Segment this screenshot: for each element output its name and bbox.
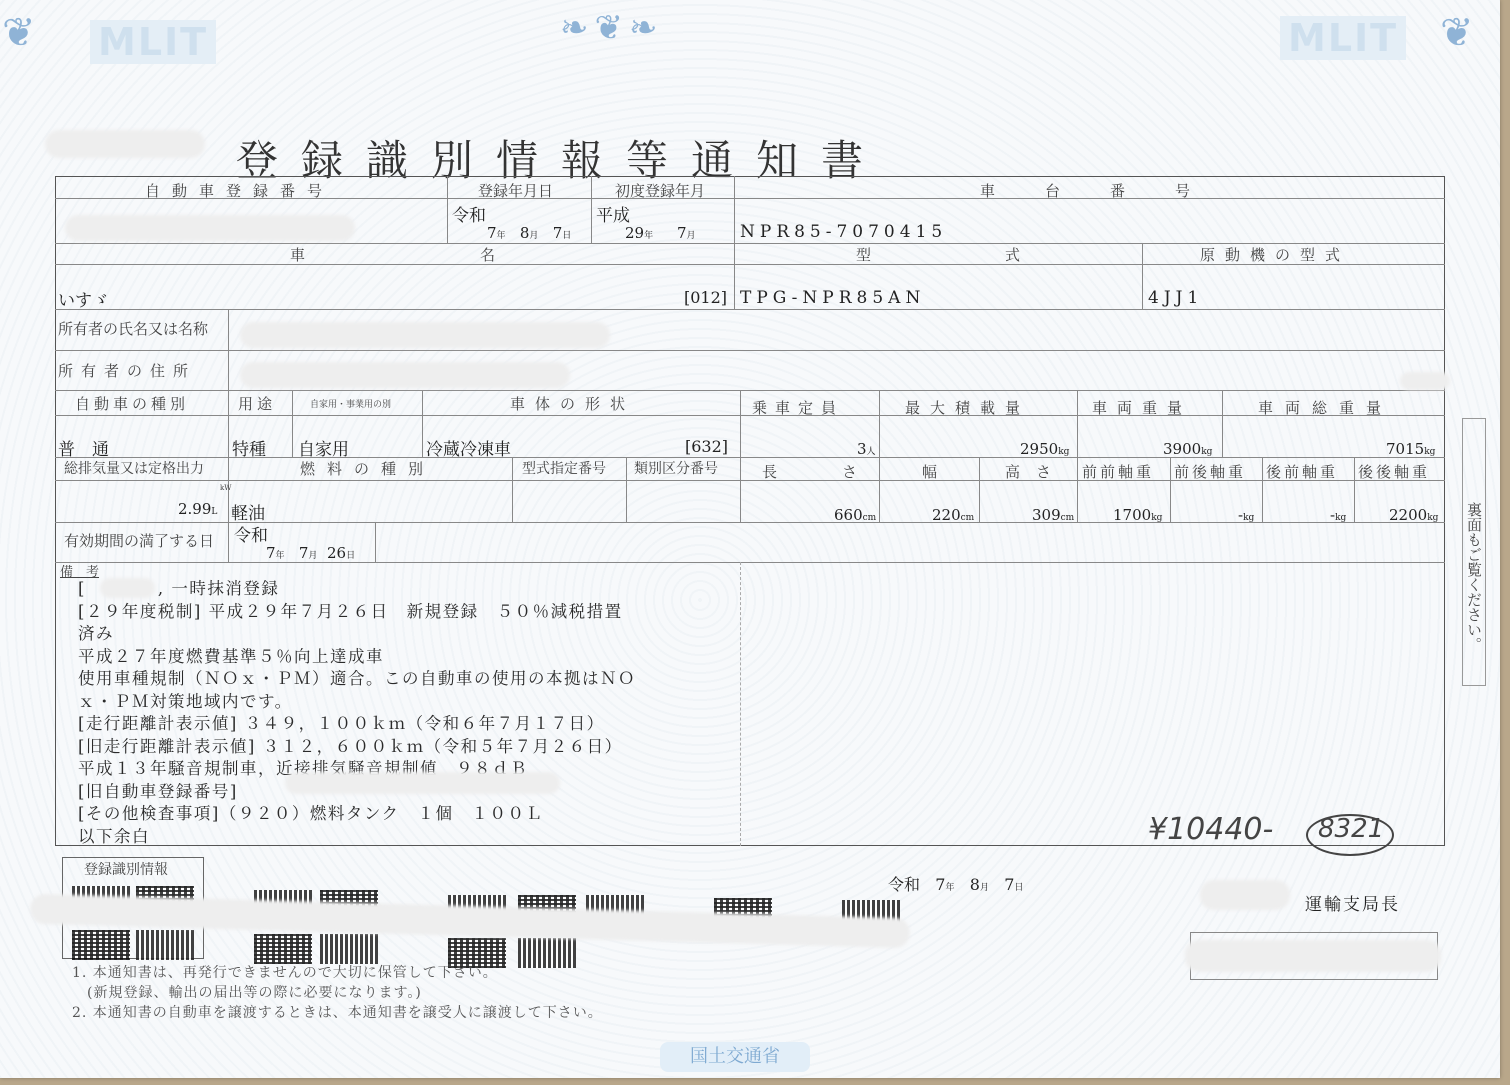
engine-value: 4JJ1 — [1148, 288, 1203, 308]
engine-label: 原動機の型式 — [1200, 244, 1350, 265]
redacted-old-reg-number — [285, 772, 560, 794]
capacity-value: 3人 — [857, 440, 876, 458]
owner-name-label: 所有者の氏名又は名称 — [58, 318, 208, 339]
model-label-2: 式 — [1005, 244, 1020, 265]
issue-date: 令和 7年 8月 7日 — [888, 872, 1023, 895]
qr-box-label: 登録識別情報 — [84, 859, 168, 879]
first-reg-label: 初度登録年月 — [615, 180, 705, 201]
reg-date-era: 令和 — [452, 201, 486, 226]
handwritten-circled-number: 8321 — [1318, 814, 1384, 844]
qr-code-icon — [72, 930, 130, 960]
rr-axle-value: 2200kg — [1389, 506, 1438, 524]
vehicle-type-label: 自動車の種別 — [75, 393, 189, 414]
model-value: TPG-NPR85AN — [740, 288, 925, 308]
chassis-value: NPR85-7070415 — [740, 222, 947, 242]
use-label: 用途 — [238, 393, 276, 414]
ministry-emblem: 国土交通省 — [660, 1042, 810, 1072]
gross-weight-label: 車両総重量 — [1258, 397, 1393, 418]
redacted-owner-name — [240, 322, 610, 348]
use-value: 特種 — [232, 435, 266, 460]
qr-code-icon — [136, 930, 194, 960]
remarks-text: [ , 一時抹消登録 [２９年度税制] 平成２９年７月２６日 新規登録 ５０％減… — [78, 578, 636, 848]
capacity-label: 乗車定員 — [752, 397, 844, 418]
redacted-issuer-name — [1200, 880, 1290, 910]
fuel-label: 燃料の種別 — [300, 458, 435, 479]
displacement-value: 2.99L — [178, 500, 217, 518]
rf-axle-value: -kg — [1330, 506, 1346, 524]
height-label: 高さ — [1005, 461, 1067, 482]
qr-code-icon — [254, 934, 312, 964]
private-value: 自家用 — [298, 435, 349, 460]
private-label: 自家用・事業用の別 — [310, 397, 391, 410]
reg-date: 7年 8月 7日 — [487, 224, 571, 242]
length-value: 660cm — [834, 506, 876, 524]
car-name-value: いすゞ — [58, 286, 109, 311]
rr-axle-label: 後後軸重 — [1358, 461, 1430, 482]
vehicle-weight-label: 車両重量 — [1092, 397, 1192, 418]
fr-axle-value: -kg — [1238, 506, 1254, 524]
redacted-seal — [1185, 940, 1441, 972]
fr-axle-label: 前後軸重 — [1174, 461, 1246, 482]
car-name-label-1: 車 — [290, 244, 305, 265]
issuer-title: 運輸支局長 — [1305, 890, 1400, 915]
displacement-unit-kw: kW — [220, 484, 231, 492]
qr-code-icon — [320, 934, 378, 964]
body-shape-label: 車体の形状 — [510, 393, 635, 414]
footer-notes: 1. 本通知書は、再発行できませんので大切に保管して下さい。 (新規登録、輸出の… — [72, 963, 603, 1023]
ff-axle-value: 1700kg — [1113, 506, 1162, 524]
expiry-label: 有効期間の満了する日 — [64, 530, 214, 551]
height-value: 309cm — [1032, 506, 1074, 524]
document-paper: ❦ ❦ ❧❦❧ MLIT MLIT 登録識別情報等通知書 自動車登録番号 登録年… — [0, 0, 1500, 1078]
redacted-area — [100, 578, 155, 598]
redacted-owner-address — [240, 362, 570, 388]
ff-axle-label: 前前軸重 — [1082, 461, 1154, 482]
max-load-value: 2950kg — [1020, 440, 1069, 458]
length-label-1: 長 — [762, 461, 777, 482]
reg-number-label: 自動車登録番号 — [145, 180, 334, 201]
vehicle-type-value: 普 通 — [58, 435, 109, 460]
rf-axle-label: 後前軸重 — [1266, 461, 1338, 482]
chassis-label: 車台番号 — [980, 180, 1240, 201]
redacted-area — [45, 130, 205, 158]
model-label-1: 型 — [856, 244, 871, 265]
corner-ornament-icon: ❦ — [2, 10, 36, 56]
handwritten-amount: ¥10440- — [1148, 812, 1273, 847]
body-shape-code: [632] — [685, 437, 728, 456]
mlit-logo-right: MLIT — [1280, 16, 1406, 60]
corner-ornament-icon: ❦ — [1440, 10, 1474, 56]
first-reg-era: 平成 — [596, 201, 630, 226]
category-number-label: 類別区分番号 — [634, 458, 718, 478]
header-ornament-icon: ❧❦❧ — [560, 8, 663, 48]
model-designation-label: 型式指定番号 — [522, 458, 606, 478]
mlit-logo-left: MLIT — [90, 20, 216, 64]
vehicle-weight-value: 3900kg — [1163, 440, 1212, 458]
expiry-era: 令和 — [234, 521, 268, 546]
owner-address-label: 所有者の住所 — [58, 360, 196, 381]
side-note: 裏面もご覧ください。 — [1462, 418, 1486, 686]
redacted-reg-number — [65, 215, 355, 241]
width-value: 220cm — [932, 506, 974, 524]
car-name-label-2: 名 — [480, 244, 495, 265]
redacted-area — [1400, 372, 1450, 390]
car-name-code: [012] — [684, 288, 727, 307]
first-reg-date: 29年 7月 — [625, 224, 696, 242]
body-shape-value: 冷蔵冷凍車 — [426, 435, 511, 460]
reg-date-label: 登録年月日 — [478, 180, 553, 201]
displacement-label: 総排気量又は定格出力 — [64, 458, 204, 478]
width-label: 幅 — [922, 461, 937, 482]
gross-weight-value: 7015kg — [1386, 440, 1435, 458]
length-label-2: さ — [842, 461, 857, 482]
expiry-date: 7年 7月 26日 — [266, 544, 355, 562]
max-load-label: 最大積載量 — [905, 397, 1030, 418]
